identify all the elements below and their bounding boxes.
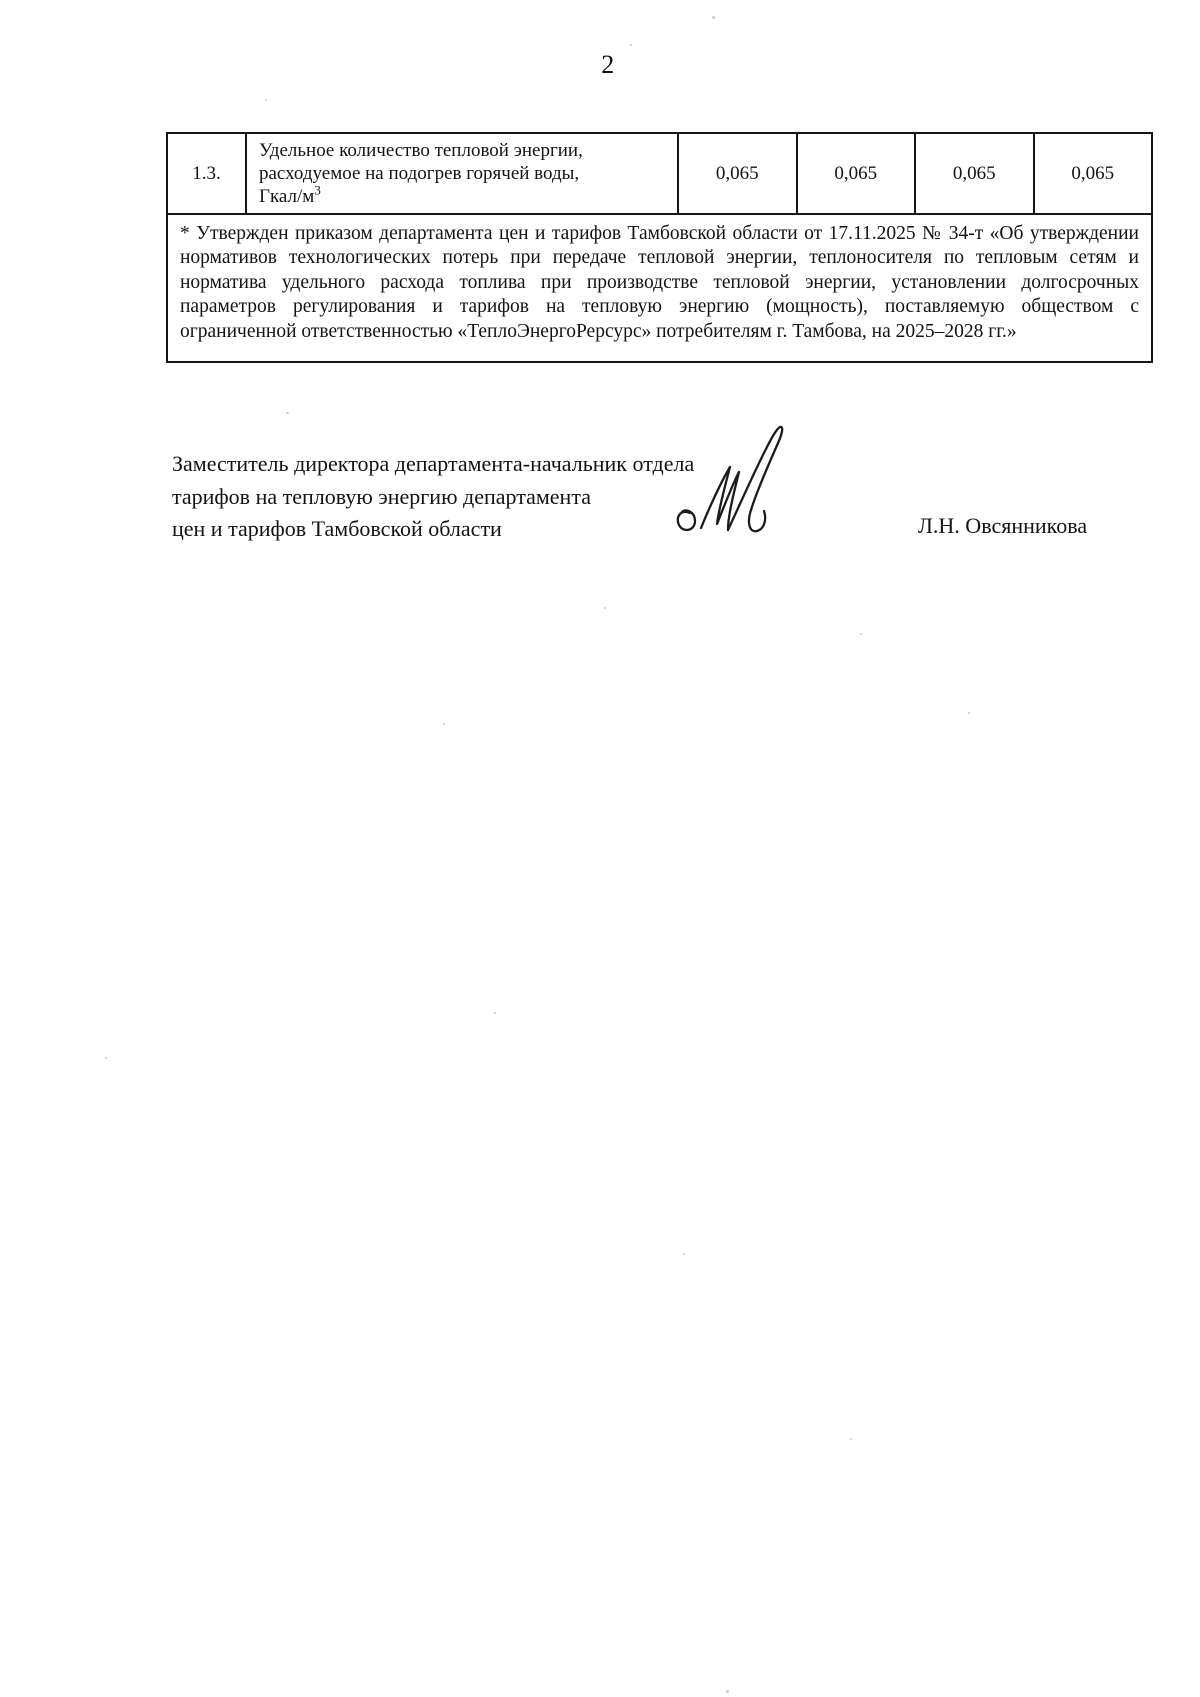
scan-speckle (850, 1438, 852, 1440)
scan-speckle (968, 712, 970, 714)
unit-superscript: 3 (314, 183, 321, 198)
description-line-1: Удельное количество тепловой энергии, (259, 140, 583, 161)
signatory-title-line-3: цен и тарифов Тамбовской области (172, 516, 502, 541)
scan-speckle (860, 633, 862, 635)
scan-speckle (105, 1057, 107, 1059)
scan-speckle (286, 412, 289, 414)
scan-speckle (265, 99, 267, 101)
scan-speckle (443, 723, 445, 725)
row-number-cell: 1.3. (168, 134, 247, 213)
scan-speckle (726, 1690, 729, 1693)
scanned-document-page: { "page": { "number": "2" }, "table": { … (0, 0, 1200, 1697)
scan-speckle (630, 44, 632, 46)
value-cell-4: 0,065 (1035, 134, 1152, 213)
value-cell-2: 0,065 (798, 134, 917, 213)
scan-speckle (683, 1253, 685, 1255)
description-unit: Гкал/м3 (259, 186, 321, 207)
value-cell-3: 0,065 (916, 134, 1035, 213)
signatory-name: Л.Н. Овсянникова (918, 513, 1087, 539)
value-cell-1: 0,065 (679, 134, 798, 213)
scan-speckle (712, 16, 715, 19)
description-line-2: расходуемое на подогрев горячей воды, (259, 163, 579, 184)
handwritten-signature (668, 420, 818, 552)
signatory-title-line-1: Заместитель директора департамента-начал… (172, 451, 694, 476)
row-description-cell: Удельное количество тепловой энергии, ра… (247, 134, 679, 213)
page-number: 2 (0, 50, 1200, 80)
tariff-table: 1.3. Удельное количество тепловой энерги… (166, 132, 1153, 363)
scan-speckle (604, 607, 606, 609)
scan-speckle (494, 1012, 496, 1014)
table-footnote: * Утвержден приказом департамента цен и … (168, 215, 1151, 361)
table-row: 1.3. Удельное количество тепловой энерги… (168, 134, 1151, 215)
signatory-title-line-2: тарифов на тепловую энергию департамента (172, 484, 591, 509)
